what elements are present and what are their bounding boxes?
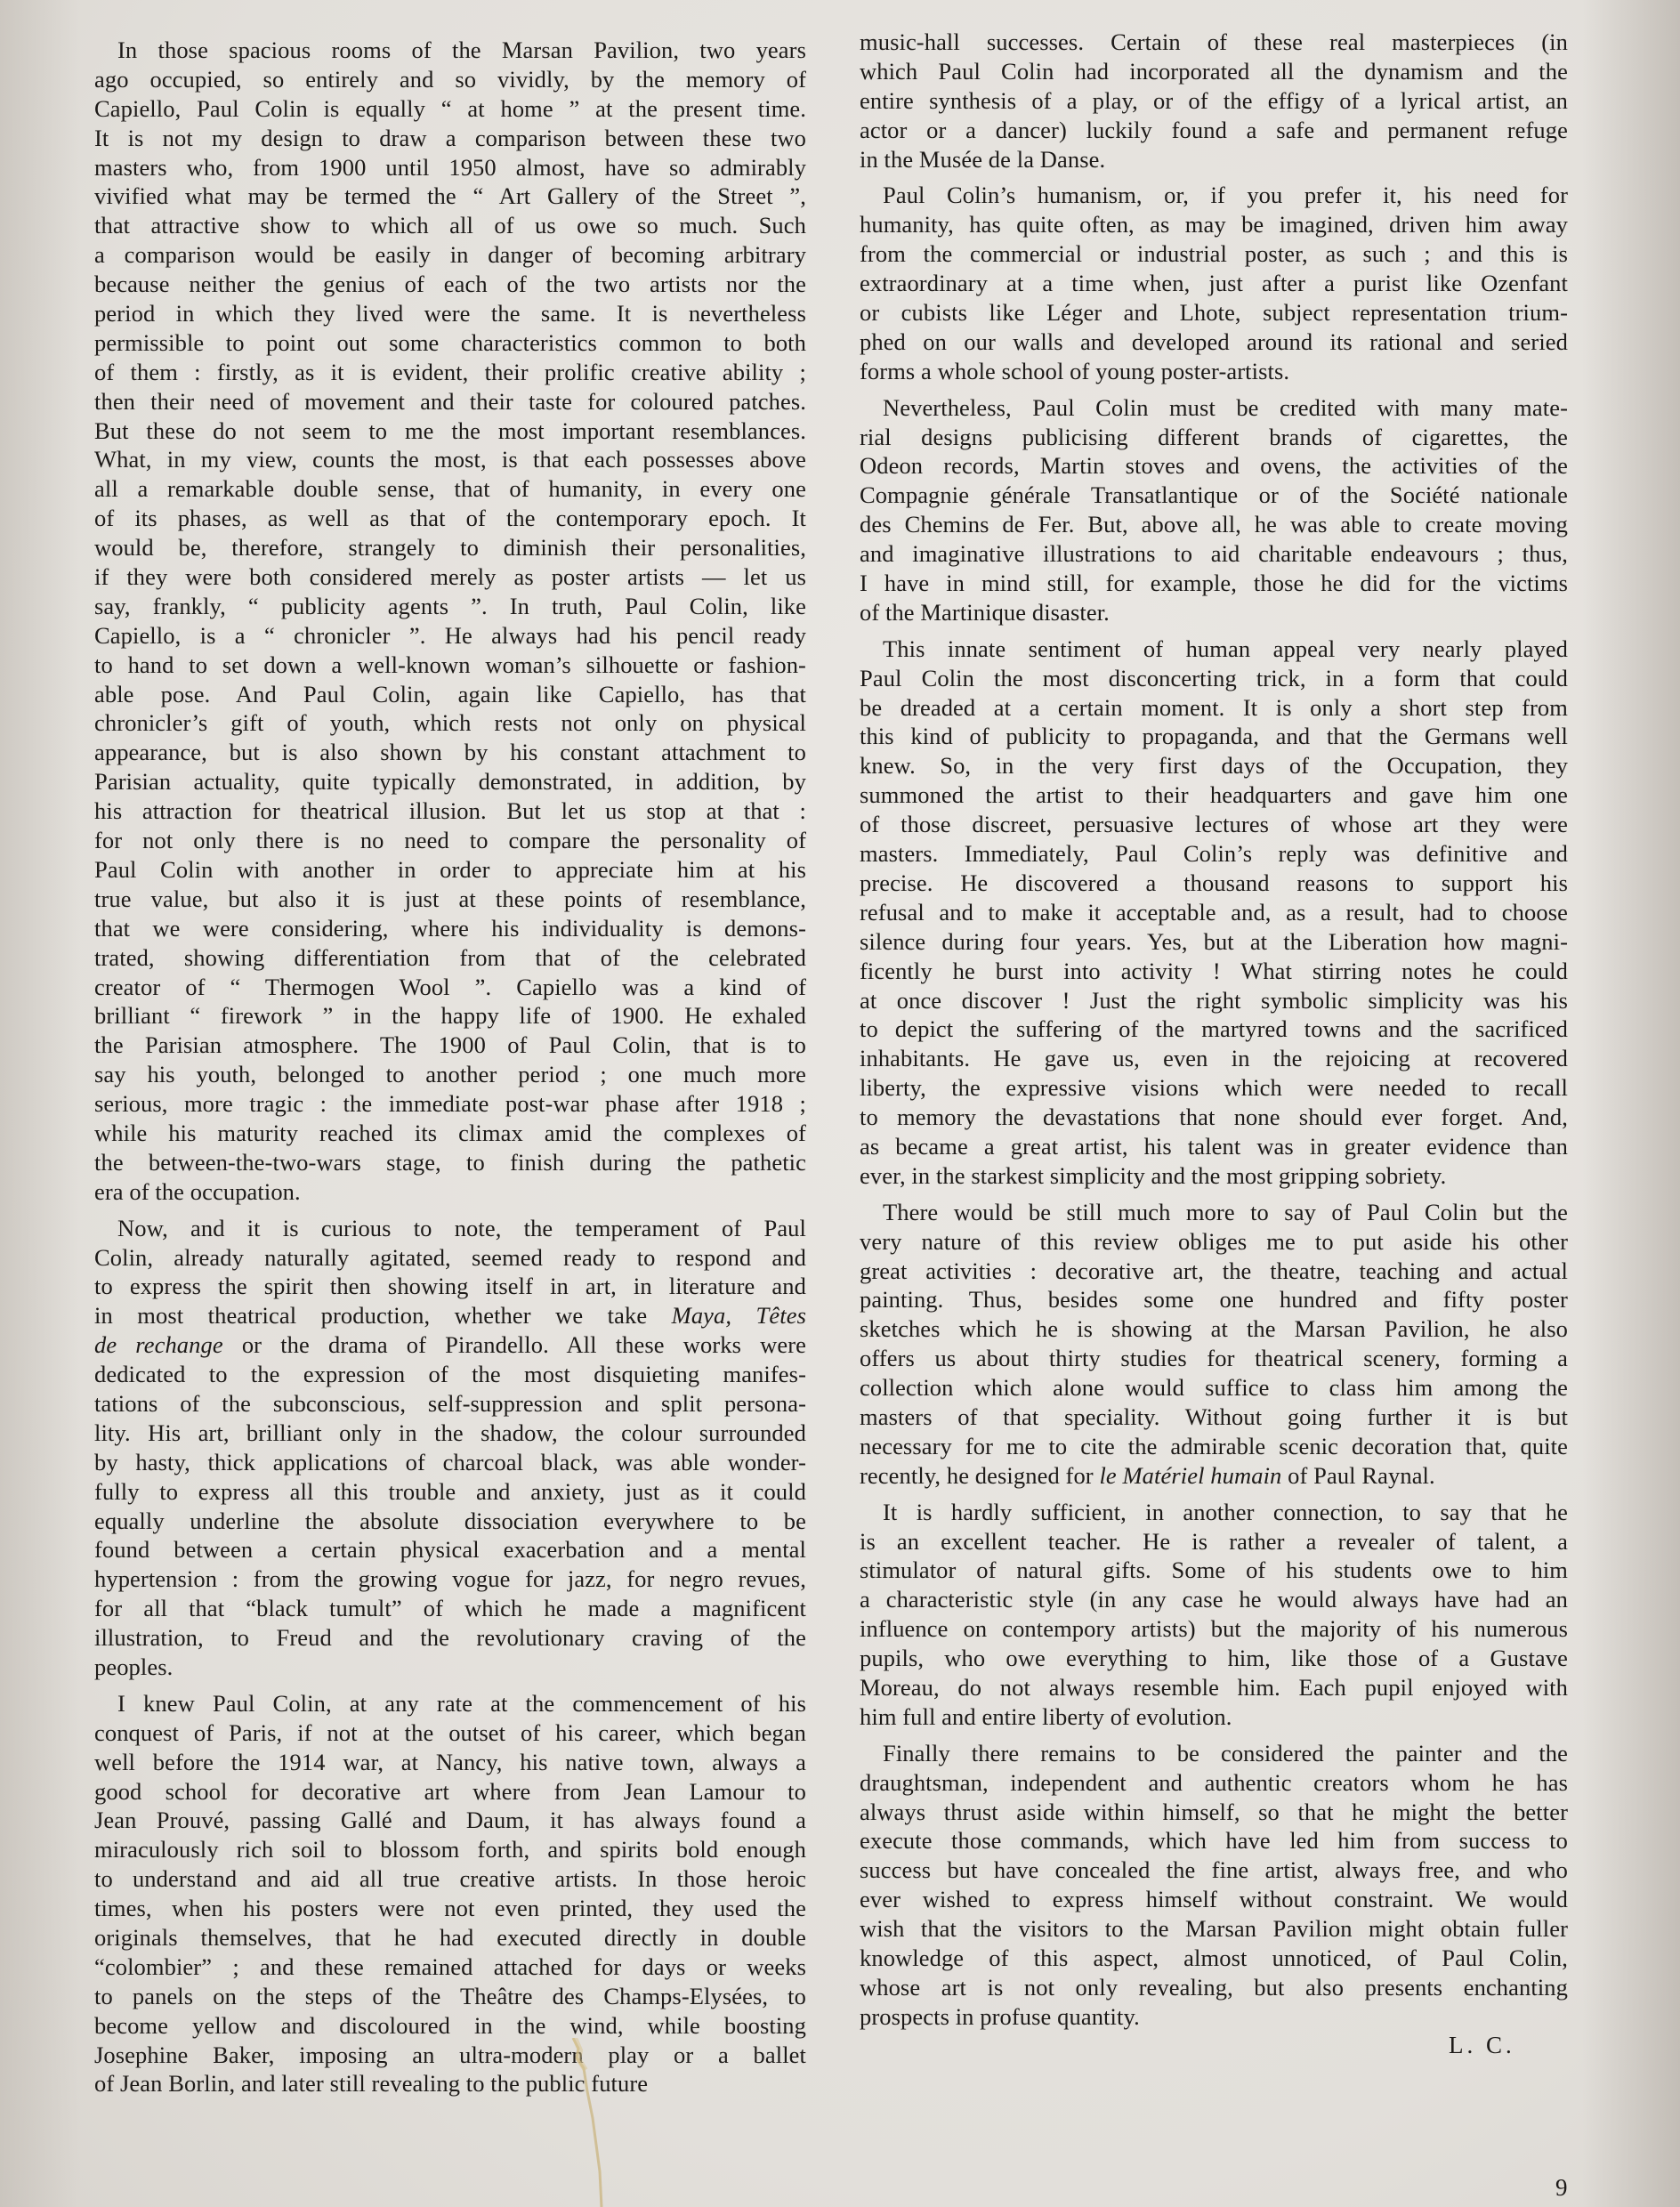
text-line: forms a whole school of young poster-art… — [860, 357, 1568, 386]
text-line: Finally there remains to be considered t… — [860, 1739, 1568, 1768]
paragraph: There would be still much more to say of… — [860, 1198, 1568, 1491]
paragraph: Paul Colin’s humanism, or, if you prefer… — [860, 181, 1568, 385]
text-line: at once discover ! Just the right symbol… — [860, 986, 1568, 1015]
text-line: of those discreet, persuasive lectures o… — [860, 810, 1568, 839]
text-line: appearance, but is also shown by his con… — [94, 738, 806, 767]
text-line: offers us about thirty studies for theat… — [860, 1344, 1568, 1373]
text-line: draughtsman, independent and authentic c… — [860, 1768, 1568, 1798]
text-line: Josephine Baker, imposing an ultra-moder… — [94, 2041, 806, 2070]
text-line: chronicler’s gift of youth, which rests … — [94, 708, 806, 738]
paragraph-gap — [860, 1491, 1568, 1498]
text-line: in most theatrical production, whether w… — [94, 1301, 806, 1330]
text-line: Now, and it is curious to note, the temp… — [94, 1214, 806, 1243]
text-line: period in which they lived were the same… — [94, 299, 806, 328]
text-line: great activities : decorative art, the t… — [860, 1257, 1568, 1286]
text-line: Jean Prouvé, passing Gallé and Daum, it … — [94, 1806, 806, 1835]
text-line: Parisian actuality, quite typically demo… — [94, 767, 806, 796]
text-line: masters who, from 1900 until 1950 almost… — [94, 153, 806, 182]
text-line: entire synthesis of a play, or of the ef… — [860, 86, 1568, 116]
text-line: collection which alone would suffice to … — [860, 1373, 1568, 1403]
text-line: of them : firstly, as it is evident, the… — [94, 358, 806, 387]
paragraph: Now, and it is curious to note, the temp… — [94, 1214, 806, 1682]
magazine-page: In those spacious rooms of the Marsan Pa… — [0, 0, 1680, 2207]
text-line: humanity, has quite often, as may be ima… — [860, 210, 1568, 239]
text-line: is an excellent teacher. He is rather a … — [860, 1527, 1568, 1556]
text-line: would be, therefore, strangely to dimini… — [94, 533, 806, 562]
text-line: inhabitants. He gave us, even in the rej… — [860, 1044, 1568, 1073]
text-line: success but have concealed the fine arti… — [860, 1855, 1568, 1885]
text-line: ever, in the starkest simplicity and the… — [860, 1161, 1568, 1191]
text-line: lity. His art, brilliant only in the sha… — [94, 1419, 806, 1448]
text-line: summoned the artist to their headquarter… — [860, 780, 1568, 810]
author-signature: L. C. — [1449, 2032, 1515, 2059]
text-line: good school for decorative art where fro… — [94, 1777, 806, 1807]
paragraph-gap — [860, 386, 1568, 393]
text-line: ever wished to express himself without c… — [860, 1885, 1568, 1914]
text-line: ago occupied, so entirely and so vividly… — [94, 65, 806, 94]
text-line: the Parisian atmosphere. The 1900 of Pau… — [94, 1031, 806, 1060]
text-line: This innate sentiment of human appeal ve… — [860, 635, 1568, 664]
text-line: tations of the subconscious, self-suppre… — [94, 1389, 806, 1419]
text-line: Capiello, Paul Colin is equally “ at hom… — [94, 94, 806, 124]
text-line: What, in my view, counts the most, is th… — [94, 445, 806, 474]
text-line: silence during four years. Yes, but at t… — [860, 927, 1568, 957]
text-line: him full and entire liberty of evolution… — [860, 1702, 1568, 1732]
text-line: found between a certain physical exacerb… — [94, 1535, 806, 1564]
right-text-column: music-hall successes. Certain of these r… — [860, 28, 1568, 2032]
text-line: influence on contempory artists) but the… — [860, 1614, 1568, 1644]
text-line: which Paul Colin had incorporated all th… — [860, 57, 1568, 86]
text-line: Nevertheless, Paul Colin must be credite… — [860, 393, 1568, 423]
text-line: a characteristic style (in any case he w… — [860, 1585, 1568, 1614]
text-line: as became a great artist, his talent was… — [860, 1132, 1568, 1161]
text-line: There would be still much more to say of… — [860, 1198, 1568, 1227]
text-line: that attractive show to which all of us … — [94, 211, 806, 240]
text-line: vivified what may be termed the “ Art Ga… — [94, 182, 806, 211]
text-line: to express the spirit then showing itsel… — [94, 1272, 806, 1301]
text-line: Paul Colin the most disconcerting trick,… — [860, 664, 1568, 693]
text-line: hypertension : from the growing vogue fo… — [94, 1564, 806, 1594]
text-line: true value, but also it is just at these… — [94, 885, 806, 914]
text-line: rial designs publicising different brand… — [860, 423, 1568, 452]
paragraph: Finally there remains to be considered t… — [860, 1739, 1568, 2032]
text-line: era of the occupation. — [94, 1177, 806, 1207]
text-line: dedicated to the expression of the most … — [94, 1360, 806, 1389]
paragraph: In those spacious rooms of the Marsan Pa… — [94, 36, 806, 1207]
paragraph: music-hall successes. Certain of these r… — [860, 28, 1568, 174]
text-line: I have in mind still, for example, those… — [860, 569, 1568, 598]
text-line: for all that “black tumult” of which he … — [94, 1594, 806, 1623]
text-line: whose art is not only revealing, but als… — [860, 1973, 1568, 2002]
text-line: “colombier” ; and these remained attache… — [94, 1952, 806, 1982]
text-line: then their need of movement and their ta… — [94, 387, 806, 416]
text-line: stimulator of natural gifts. Some of his… — [860, 1556, 1568, 1585]
text-line: Paul Colin’s humanism, or, if you prefer… — [860, 181, 1568, 210]
text-line: precise. He discovered a thousand reason… — [860, 869, 1568, 898]
paragraph-gap — [860, 1732, 1568, 1739]
text-line: music-hall successes. Certain of these r… — [860, 28, 1568, 57]
text-line: always thrust aside within himself, so t… — [860, 1798, 1568, 1827]
paragraph-gap — [860, 174, 1568, 181]
text-line: Compagnie générale Transatlantique or of… — [860, 481, 1568, 510]
text-line: the between-the-two-wars stage, to finis… — [94, 1148, 806, 1177]
text-line: or cubists like Léger and Lhote, subject… — [860, 298, 1568, 327]
text-line: phed on our walls and developed around i… — [860, 327, 1568, 357]
text-line: In those spacious rooms of the Marsan Pa… — [94, 36, 806, 65]
paragraph: Nevertheless, Paul Colin must be credite… — [860, 393, 1568, 627]
text-line: trated, showing differentiation from tha… — [94, 943, 806, 973]
paragraph-gap — [94, 1207, 806, 1214]
text-line: Capiello, is a “ chronicler ”. He always… — [94, 621, 806, 651]
text-line: while his maturity reached its climax am… — [94, 1119, 806, 1148]
text-line: liberty, the expressive visions which we… — [860, 1073, 1568, 1103]
text-line: originals themselves, that he had execut… — [94, 1923, 806, 1952]
text-line: ficently he burst into activity ! What s… — [860, 957, 1568, 986]
text-line: very nature of this review obliges me to… — [860, 1227, 1568, 1257]
text-line: of Jean Borlin, and later still revealin… — [94, 2069, 806, 2098]
text-line: prospects in profuse quantity. — [860, 2002, 1568, 2032]
paragraph-gap — [94, 1682, 806, 1689]
text-line: Odeon records, Martin stoves and ovens, … — [860, 451, 1568, 481]
paragraph-gap — [860, 627, 1568, 635]
page-number: 9 — [1555, 2174, 1568, 2202]
text-line: Moreau, do not always resemble him. Each… — [860, 1673, 1568, 1702]
text-line: of the Martinique disaster. — [860, 598, 1568, 627]
text-line: that we were considering, where his indi… — [94, 914, 806, 943]
text-line: necessary for me to cite the admirable s… — [860, 1432, 1568, 1461]
text-line: It is not my design to draw a comparison… — [94, 124, 806, 153]
text-line: times, when his posters were not even pr… — [94, 1894, 806, 1923]
text-line: to hand to set down a well-known woman’s… — [94, 651, 806, 680]
text-line: to panels on the steps of the Theâtre de… — [94, 1982, 806, 2011]
text-line: execute those commands, which have led h… — [860, 1826, 1568, 1855]
text-line: I knew Paul Colin, at any rate at the co… — [94, 1689, 806, 1718]
text-line: be dreaded at a certain moment. It is on… — [860, 693, 1568, 723]
text-line: to memory the devastations that none sho… — [860, 1103, 1568, 1132]
text-line: to understand and aid all true creative … — [94, 1864, 806, 1894]
text-line: serious, more tragic : the immediate pos… — [94, 1089, 806, 1119]
left-text-column: In those spacious rooms of the Marsan Pa… — [94, 36, 806, 2098]
text-line: well before the 1914 war, at Nancy, his … — [94, 1748, 806, 1777]
text-line: illustration, to Freud and the revolutio… — [94, 1623, 806, 1653]
paragraph: This innate sentiment of human appeal ve… — [860, 635, 1568, 1191]
text-line: recently, he designed for le Matériel hu… — [860, 1461, 1568, 1491]
text-line: Colin, already naturally agitated, seeme… — [94, 1243, 806, 1273]
text-line: if they were both considered merely as p… — [94, 562, 806, 592]
paragraph: It is hardly sufficient, in another conn… — [860, 1498, 1568, 1732]
text-line: masters of that speciality. Without goin… — [860, 1403, 1568, 1432]
text-line: painting. Thus, besides some one hundred… — [860, 1285, 1568, 1314]
text-line: say, frankly, “ publicity agents ”. In t… — [94, 592, 806, 621]
text-line: fully to express all this trouble and an… — [94, 1477, 806, 1507]
text-line: become yellow and discoloured in the win… — [94, 2011, 806, 2041]
text-line: from the commercial or industrial poster… — [860, 239, 1568, 269]
text-line: actor or a dancer) luckily found a safe … — [860, 116, 1568, 145]
text-line: by hasty, thick applications of charcoal… — [94, 1448, 806, 1477]
text-line: all a remarkable double sense, that of h… — [94, 474, 806, 504]
text-line: in the Musée de la Danse. — [860, 145, 1568, 174]
text-line: a comparison would be easily in danger o… — [94, 240, 806, 270]
text-line: But these do not seem to me the most imp… — [94, 416, 806, 446]
text-line: and imaginative illustrations to aid cha… — [860, 539, 1568, 569]
text-line: masters. Immediately, Paul Colin’s reply… — [860, 839, 1568, 869]
text-line: brilliant “ firework ” in the happy life… — [94, 1001, 806, 1031]
paragraph-gap — [860, 1191, 1568, 1198]
text-line: refusal and to make it acceptable and, a… — [860, 898, 1568, 927]
text-line: for not only there is no need to compare… — [94, 826, 806, 855]
text-line: sketches which he is showing at the Mars… — [860, 1314, 1568, 1344]
text-line: knew. So, in the very first days of the … — [860, 751, 1568, 780]
text-line: peoples. — [94, 1653, 806, 1682]
text-line: say his youth, belonged to another perio… — [94, 1060, 806, 1089]
text-line: knowledge of this aspect, almost unnotic… — [860, 1944, 1568, 1973]
text-line: Paul Colin with another in order to appr… — [94, 855, 806, 885]
text-line: because neither the genius of each of th… — [94, 270, 806, 299]
text-line: his attraction for theatrical illusion. … — [94, 796, 806, 826]
text-line: permissible to point out some characteri… — [94, 328, 806, 358]
text-line: this kind of publicity to propaganda, an… — [860, 722, 1568, 751]
text-line: wish that the visitors to the Marsan Pav… — [860, 1914, 1568, 1944]
text-line: extraordinary at a time when, just after… — [860, 269, 1568, 298]
text-line: able pose. And Paul Colin, again like Ca… — [94, 680, 806, 709]
text-line: pupils, who owe everything to him, like … — [860, 1644, 1568, 1673]
text-line: conquest of Paris, if not at the outset … — [94, 1718, 806, 1748]
text-line: to depict the suffering of the martyred … — [860, 1015, 1568, 1044]
text-line: de rechange or the drama of Pirandello. … — [94, 1330, 806, 1360]
text-line: creator of “ Thermogen Wool ”. Capiello … — [94, 973, 806, 1002]
text-line: of its phases, as well as that of the co… — [94, 504, 806, 533]
text-line: equally underline the absolute dissociat… — [94, 1507, 806, 1536]
paragraph: I knew Paul Colin, at any rate at the co… — [94, 1689, 806, 2098]
text-line: miraculously rich soil to blossom forth,… — [94, 1835, 806, 1864]
text-line: It is hardly sufficient, in another conn… — [860, 1498, 1568, 1527]
text-line: des Chemins de Fer. But, above all, he w… — [860, 510, 1568, 539]
